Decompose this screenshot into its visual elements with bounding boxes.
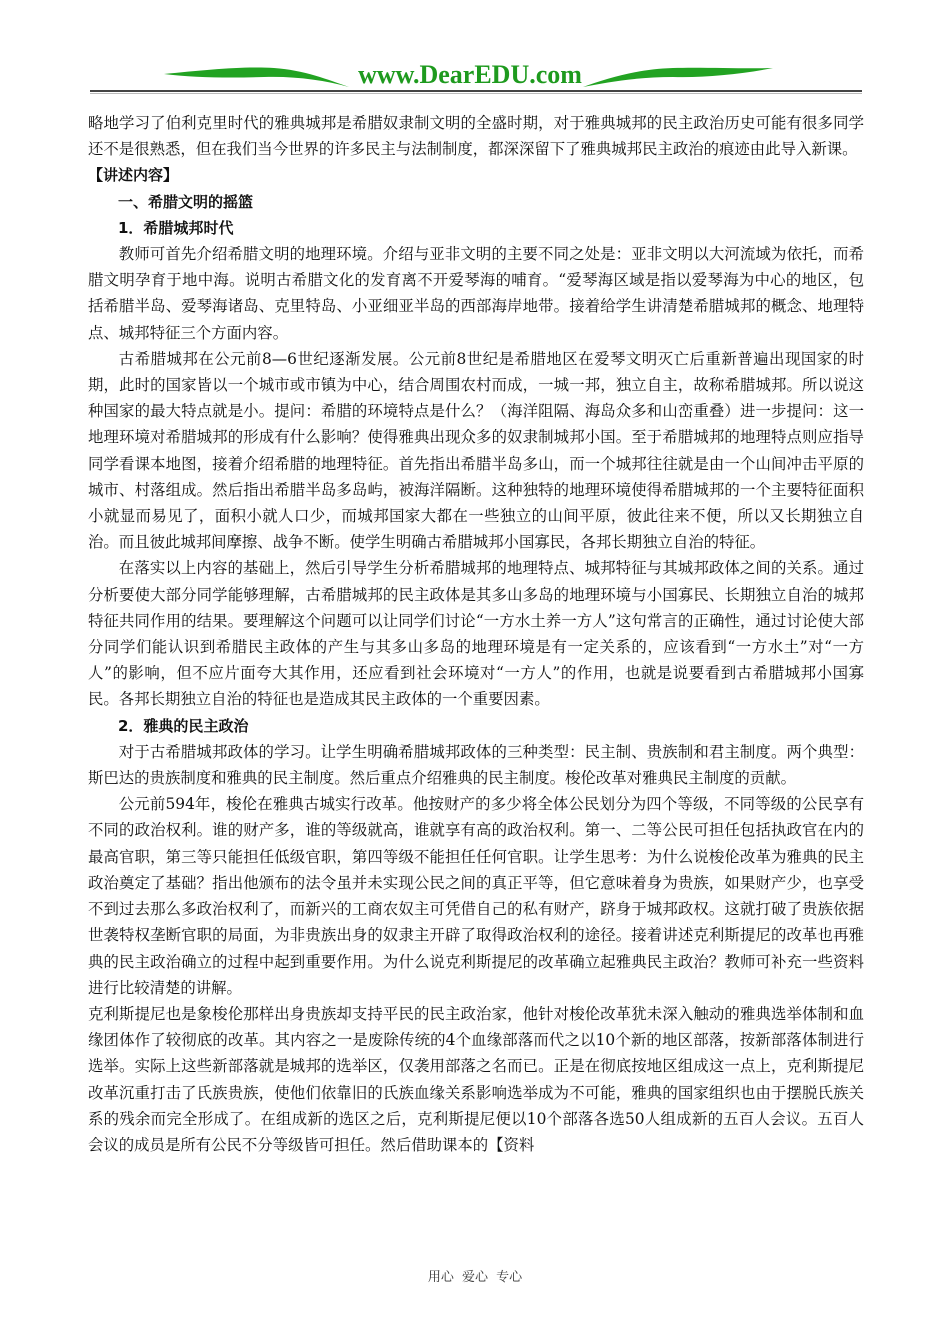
chapter-heading: 一、希腊文明的摇篮	[88, 189, 864, 215]
subsection-heading-2: 2．雅典的民主政治	[88, 713, 864, 739]
left-swoosh-icon	[164, 66, 349, 88]
right-swoosh-icon	[583, 66, 773, 88]
page-header: www.DearEDU.com	[90, 58, 862, 92]
document-body: 略地学习了伯利克里时代的雅典城邦是希腊奴隶制文明的全盛时期，对于雅典城邦的民主政…	[88, 110, 864, 1158]
paragraph: 公元前594年，梭伦在雅典古城实行改革。他按财产的多少将全体公民划分为四个等级，…	[88, 791, 864, 1001]
paragraph: 在落实以上内容的基础上，然后引导学生分析希腊城邦的地理特点、城邦特征与其城邦政体…	[88, 555, 864, 712]
header-divider	[90, 90, 862, 92]
site-logo: www.DearEDU.com	[345, 60, 595, 90]
paragraph: 克利斯提尼也是象梭伦那样出身贵族却支持平民的民主政治家，他针对梭伦改革犹未深入触…	[88, 1001, 864, 1158]
subsection-heading-1: 1．希腊城邦时代	[88, 215, 864, 241]
intro-paragraph: 略地学习了伯利克里时代的雅典城邦是希腊奴隶制文明的全盛时期，对于雅典城邦的民主政…	[88, 110, 864, 162]
section-label: 【讲述内容】	[88, 162, 864, 188]
document-page: www.DearEDU.com 略地学习了伯利克里时代的雅典城邦是希腊奴隶制文明…	[0, 0, 950, 1344]
paragraph: 教师可首先介绍希腊文明的地理环境。介绍与亚非文明的主要不同之处是：亚非文明以大河…	[88, 241, 864, 346]
paragraph: 对于古希腊城邦政体的学习。让学生明确希腊城邦政体的三种类型：民主制、贵族制和君主…	[88, 739, 864, 791]
header-divider-shadow	[90, 93, 862, 94]
page-footer-motto: 用心 爱心 专心	[0, 1266, 950, 1285]
paragraph: 古希腊城邦在公元前8—6世纪逐渐发展。公元前8世纪是希腊地区在爱琴文明灭亡后重新…	[88, 346, 864, 556]
